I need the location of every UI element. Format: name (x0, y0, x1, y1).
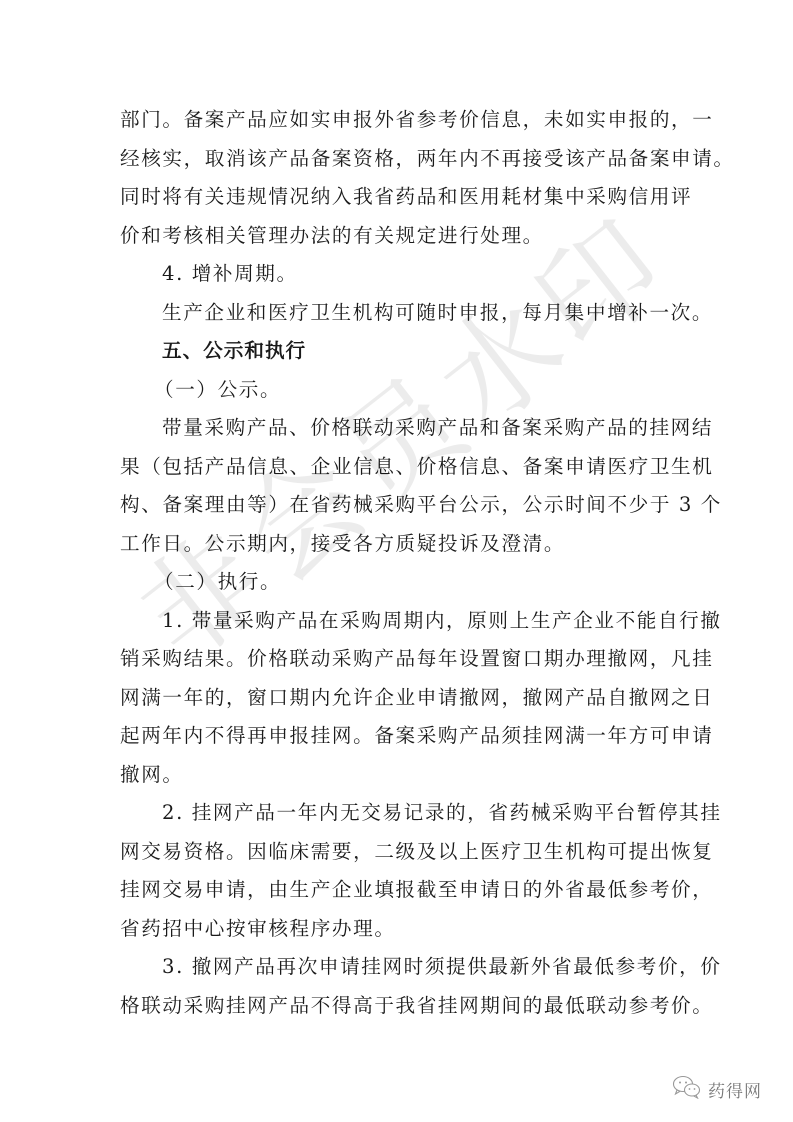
subsection-title: （一）公示。 (120, 371, 673, 410)
body-line: 经核实，取消该产品备案资格，两年内不再接受该产品备案申请。 (120, 140, 673, 179)
body-line: 省药招中心按审核程序办理。 (120, 910, 673, 949)
body-line: 2. 挂网产品一年内无交易记录的，省药械采购平台暂停其挂 (120, 794, 673, 833)
body-line: 撤网。 (120, 756, 673, 795)
body-line: 价和考核相关管理办法的有关规定进行处理。 (120, 217, 673, 256)
body-line: 同时将有关违规情况纳入我省药品和医用耗材集中采购信用评 (120, 178, 673, 217)
body-line: 工作日。公示期内，接受各方质疑投诉及澄清。 (120, 525, 673, 564)
body-line: 构、备案理由等）在省药械采购平台公示，公示时间不少于 3 个 (120, 486, 673, 525)
document-page: 部门。备案产品应如实申报外省参考价信息，未如实申报的，一 经核实，取消该产品备案… (120, 101, 673, 1025)
body-line: 3. 撤网产品再次申请挂网时须提供最新外省最低参考价，价 (120, 948, 673, 987)
body-line: 果（包括产品信息、企业信息、价格信息、备案申请医疗卫生机 (120, 448, 673, 487)
body-line: 生产企业和医疗卫生机构可随时申报，每月集中增补一次。 (120, 294, 673, 333)
item-title: 4. 增补周期。 (120, 255, 673, 294)
brand-label: 药得网 (708, 1077, 762, 1102)
body-line: 部门。备案产品应如实申报外省参考价信息，未如实申报的，一 (120, 101, 673, 140)
wechat-icon (672, 1075, 702, 1103)
section-heading: 五、公示和执行 (120, 332, 673, 371)
body-line: 格联动采购挂网产品不得高于我省挂网期间的最低联动参考价。 (120, 987, 673, 1026)
body-line: 挂网交易申请，由生产企业填报截至申请日的外省最低参考价， (120, 871, 673, 910)
brand-badge: 药得网 (672, 1075, 762, 1103)
body-line: 网交易资格。因临床需要，二级及以上医疗卫生机构可提出恢复 (120, 833, 673, 872)
body-line: 1. 带量采购产品在采购周期内，原则上生产企业不能自行撤 (120, 602, 673, 641)
body-line: 销采购结果。价格联动采购产品每年设置窗口期办理撤网，凡挂 (120, 640, 673, 679)
body-line: 网满一年的，窗口期内允许企业申请撤网，撤网产品自撤网之日 (120, 679, 673, 718)
subsection-title: （二）执行。 (120, 563, 673, 602)
body-line: 带量采购产品、价格联动采购产品和备案采购产品的挂网结 (120, 409, 673, 448)
body-line: 起两年内不得再申报挂网。备案采购产品须挂网满一年方可申请 (120, 717, 673, 756)
